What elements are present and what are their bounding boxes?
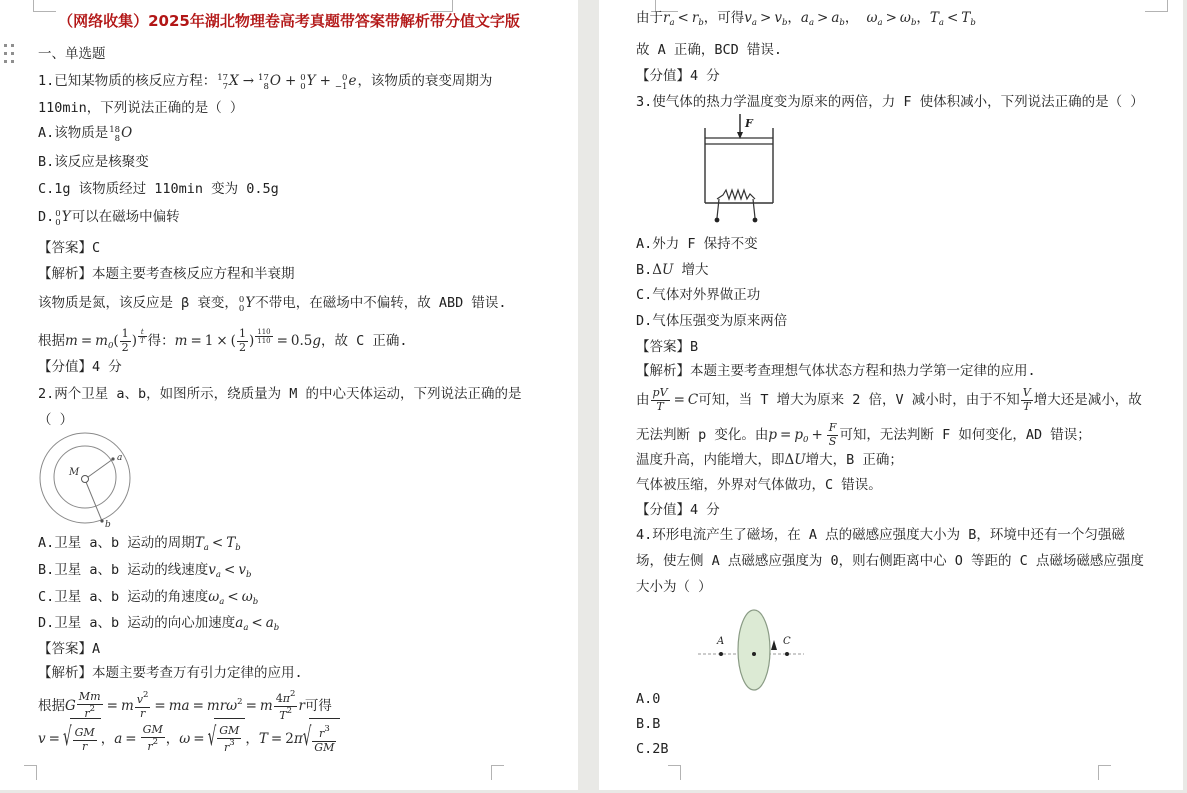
q4-option-c: C.2B: [636, 740, 669, 758]
page-1: （网络收集）2025年湖北物理卷高考真题带答案带解析带分值文字版 一、单选题 1…: [0, 0, 578, 793]
q3-option-c: C.气体对外界做正功: [636, 286, 760, 304]
q2-score: 【分值】4 分: [636, 67, 720, 85]
q3-stem: 3.使气体的热力学温度变为原来的两倍，力 F 使体积减小，下列说法正确的是（ ）: [636, 93, 1144, 111]
satellite-b-dot: [100, 519, 103, 522]
q2-option-d: D.卫星 a、b 运动的向心加速度aa<ab: [38, 613, 279, 638]
q3-piston-figure: F: [699, 112, 779, 224]
terminal-right: [753, 218, 758, 223]
radius-line-a: [88, 459, 113, 477]
q2-stem-line2: （ ）: [38, 411, 73, 429]
page-2: 由于ra<rb，可得va>vb，aa>ab， ωa>ωb，Ta<Tb 故 A 正…: [599, 0, 1183, 793]
q3-analysis-line1: 【解析】本题主要考查理想气体状态方程和热力学第一定律的应用.: [636, 362, 1036, 380]
q3-option-a: A.外力 F 保持不变: [636, 235, 758, 253]
margin-mark-bottom-right: [1098, 765, 1111, 780]
q2-answer: 【答案】A: [38, 640, 100, 658]
q3-analysis-line5: 气体被压缩，外界对气体做功，C 错误。: [636, 476, 882, 494]
q1-answer: 【答案】C: [38, 239, 100, 257]
q1-option-a: A.该物质是188O: [38, 122, 133, 144]
q2-orbits-figure: M a b: [36, 431, 136, 529]
satellite-a-dot: [111, 457, 114, 460]
q1-option-b: B.该反应是核聚变: [38, 153, 149, 171]
q2-analysis-cont-line2: 故 A 正确，BCD 错误.: [636, 41, 782, 59]
q2-stem-line1: 2.两个卫星 a、b，如图所示，绕质量为 M 的中心天体运动，下列说法正确的是: [38, 385, 522, 403]
point-c-dot: [785, 652, 789, 656]
q2-analysis-line3: v=√GMr，a=GMr2，ω=√GMr3，T=2π√r3GM: [38, 718, 340, 760]
q1-stem-line1: 1.已知某物质的核反应方程：177X→178O+00Y+0−1e，该物质的衰变周…: [38, 68, 492, 94]
q1-analysis-line2: 该物质是氮，该反应是 β 衰变，00Y不带电，在磁场中不偏转，故 ABD 错误.: [38, 291, 507, 315]
q3-option-b: B.ΔU 增大: [636, 260, 709, 280]
heater-coil: [717, 190, 755, 199]
q2-option-a: A.卫星 a、b 运动的周期Ta<Tb: [38, 533, 241, 558]
label-m: M: [68, 467, 80, 478]
q2-analysis-line1: 【解析】本题主要考查万有引力定律的应用.: [38, 664, 303, 682]
q3-score: 【分值】4 分: [636, 501, 720, 519]
label-b: b: [105, 520, 111, 529]
label-a: a: [117, 453, 122, 463]
q3-analysis-line4: 温度升高，内能增大，即ΔU增大，B 正确；: [636, 450, 903, 470]
heater-lead-left: [717, 199, 719, 218]
q4-stem-line1: 4.环形电流产生了磁场，在 A 点的磁感应强度大小为 B，环境中还有一个匀强磁: [636, 526, 1125, 544]
current-ring: [738, 610, 770, 690]
center-o-dot: [752, 652, 756, 656]
q1-score: 【分值】4 分: [38, 358, 122, 376]
central-body: [82, 476, 89, 483]
terminal-left: [715, 218, 720, 223]
q1-analysis-line1: 【解析】本题主要考查核反应方程和半衰期: [38, 265, 295, 283]
q1-option-c: C.1g 该物质经过 110min 变为 0.5g: [38, 180, 279, 198]
margin-mark-bottom-right: [491, 765, 504, 780]
label-c: C: [783, 636, 791, 647]
page-gutter: [578, 0, 599, 793]
point-a-dot: [719, 652, 723, 656]
current-direction-arrow: [771, 640, 777, 650]
q4-ring-figure: A C: [698, 606, 808, 692]
q4-stem-line3: 大小为（ ）: [636, 578, 712, 596]
section-heading: 一、单选题: [38, 45, 106, 63]
q3-answer: 【答案】B: [636, 338, 698, 356]
q3-analysis-line2: 由pVT=C可知，当 T 增大为原来 2 倍，V 减小时，由于不知VT增大还是减…: [636, 382, 1142, 418]
label-a: A: [716, 636, 724, 647]
margin-mark-bottom-left: [24, 765, 37, 780]
radius-line-b: [86, 482, 102, 521]
heater-lead-right: [753, 199, 755, 218]
document-title: （网络收集）2025年湖北物理卷高考真题带答案带解析带分值文字版: [0, 10, 578, 31]
q1-option-d: D.00Y可以在磁场中偏转: [38, 206, 180, 228]
q2-analysis-cont-line1: 由于ra<rb，可得va>vb，aa>ab， ωa>ωb，Ta<Tb: [636, 6, 976, 35]
q4-option-b: B.B: [636, 715, 660, 733]
label-f: F: [744, 117, 754, 130]
q4-option-a: A.0: [636, 690, 660, 708]
margin-mark-bottom-left: [668, 765, 681, 780]
margin-mark-top-right: [1145, 0, 1168, 12]
document-viewer: （网络收集）2025年湖北物理卷高考真题带答案带解析带分值文字版 一、单选题 1…: [0, 0, 1187, 793]
q1-stem-line2: 110min，下列说法正确的是（ ）: [38, 99, 243, 117]
q2-option-b: B.卫星 a、b 运动的线速度va<vb: [38, 560, 251, 585]
q4-stem-line2: 场，使左侧 A 点磁感应强度为 0，则右侧距离中心 O 等距的 C 点磁场磁感应…: [636, 552, 1144, 570]
canvas-edge-right: [1183, 0, 1187, 793]
q2-option-c: C.卫星 a、b 运动的角速度ωa<ωb: [38, 587, 258, 612]
q3-option-d: D.气体压强变为原来两倍: [636, 312, 787, 330]
drag-handle-icon[interactable]: [4, 44, 14, 63]
